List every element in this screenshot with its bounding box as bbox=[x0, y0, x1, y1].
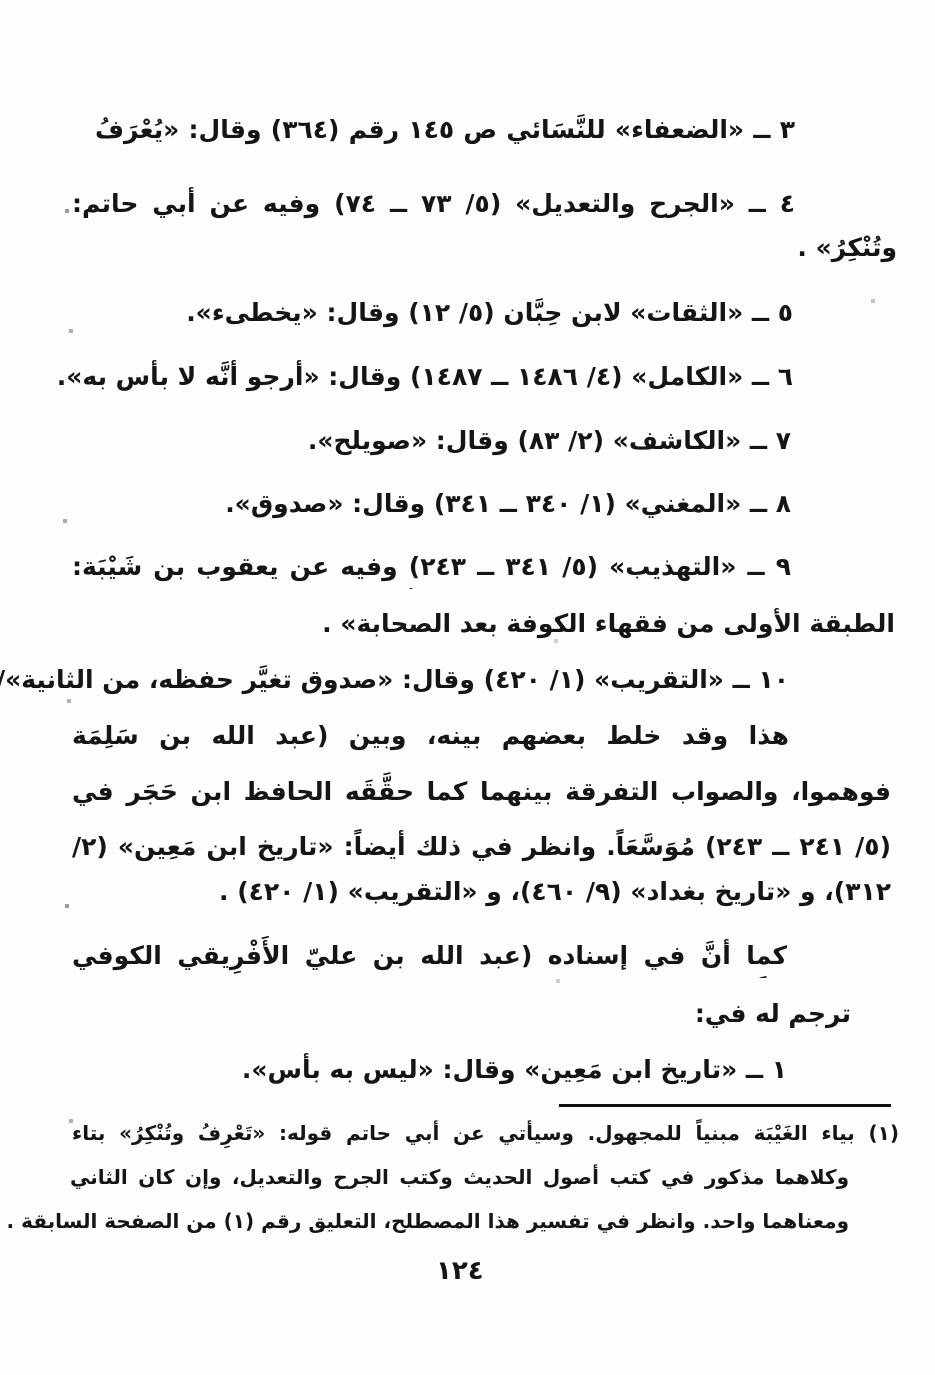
confusion-paragraph-line-3: (٥/ ٢٤١ ــ ٢٤٣) مُوَسَّعَاً. وانظر في ذل… bbox=[72, 827, 891, 869]
entry-6-line: ٦ ــ «الكامل» (٤/ ١٤٨٦ ــ ١٤٨٧) وقال: «أ… bbox=[57, 357, 793, 399]
page-number: ١٢٤ bbox=[436, 1256, 484, 1286]
entry-3-text: ٣ ــ «الضعفاء» للنَّسَائي ص ١٤٥ رقم (٣٦٤… bbox=[95, 115, 795, 152]
confusion-paragraph-line-2: فوهموا، والصواب التفرقة بينهما كما حقَّق… bbox=[72, 772, 891, 814]
footnote-separator-rule bbox=[559, 1104, 891, 1107]
isnad-paragraph-line-2: ترجم له في: bbox=[695, 994, 851, 1036]
afriqi-entry-1-line: ١ ــ «تاريخ ابن مَعِين» وقال: «ليس به بأ… bbox=[242, 1050, 787, 1092]
footnote-line-2: وكلاهما مذكور في كتب أصول الحديث وكتب ال… bbox=[70, 1160, 849, 1196]
entry-7-line: ٧ ــ «الكاشف» (٢/ ٨٣) وقال: «صويلح». bbox=[308, 421, 791, 463]
footnote-line-3: ومعناهما واحد. وانظر في تفسير هذا المصطل… bbox=[7, 1204, 849, 1240]
entry-9-line-1: ٩ ــ «التهذيب» (٥/ ٣٤١ ــ ٢٤٣) وفيه عن ي… bbox=[72, 547, 791, 589]
entry-10-line: ١٠ ــ «التقريب» (١/ ٤٢٠) وقال: «صدوق تغي… bbox=[0, 660, 789, 702]
entry-5-line: ٥ ــ «الثقات» لابن حِبَّان (٥/ ١٢) وقال:… bbox=[186, 293, 793, 335]
entry-3-line: ٣ ــ «الضعفاء» للنَّسَائي ص ١٤٥ رقم (٣٦٤… bbox=[95, 110, 795, 152]
entry-4-line-1: ٤ ــ «الجرح والتعديل» (٥/ ٧٣ ــ ٧٤) وفيه… bbox=[72, 184, 795, 226]
confusion-paragraph-line-4: ٣١٢)، و «تاريخ بغداد» (٩/ ٤٦٠)، و «التقر… bbox=[219, 872, 891, 914]
isnad-paragraph-line-1: كما أنَّ في إسناده (عبد الله بن عليّ الأ… bbox=[72, 936, 787, 978]
scanned-book-page: ٣ ــ «الضعفاء» للنَّسَائي ص ١٤٥ رقم (٣٦٤… bbox=[0, 0, 935, 1375]
confusion-paragraph-line-1: هذا وقد خلط بعضهم بينه، وبين (عبد الله ب… bbox=[72, 716, 789, 758]
entry-4-line-2: وتُنْكِرُ» . bbox=[797, 228, 897, 270]
entry-8-line: ٨ ــ «المغني» (١/ ٣٤٠ ــ ٣٤١) وقال: «صدو… bbox=[225, 484, 791, 526]
footnote-line-1: (١) بياء الغَيْبَة مبنياً للمجهول. وسيأت… bbox=[72, 1116, 899, 1152]
entry-9-line-2: الطبقة الأولى من فقهاء الكوفة بعد الصحاب… bbox=[322, 604, 895, 646]
scan-noise-specks bbox=[0, 0, 2, 2]
